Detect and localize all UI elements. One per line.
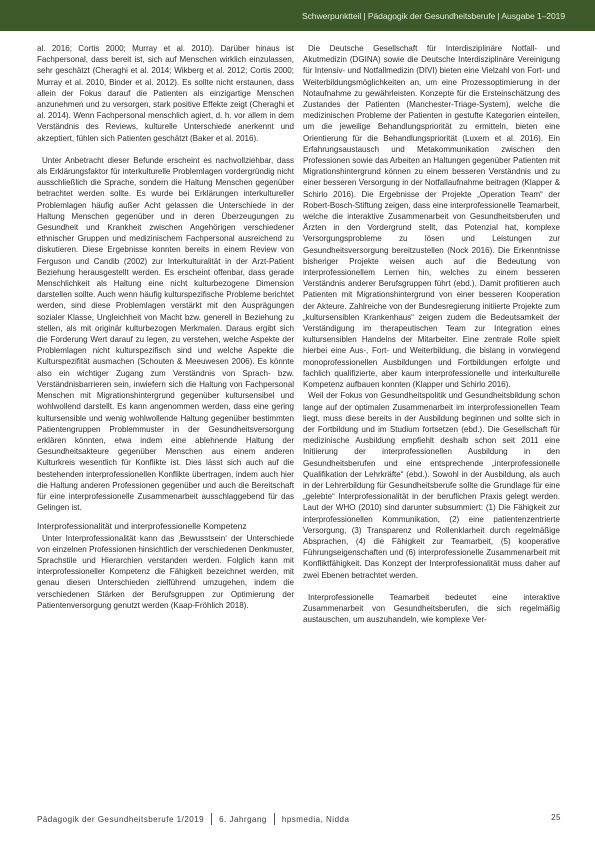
- page-footer: Pädagogik der Gesundheitsberufe 1/20196.…: [37, 813, 561, 825]
- running-title: Schwerpunktteil | Pädagogik der Gesundhe…: [302, 11, 565, 21]
- right-column: Die Deutsche Gesellschaft für Interdiszi…: [303, 43, 560, 625]
- body-paragraph: Unter Anbetracht dieser Befunde erschein…: [37, 155, 294, 514]
- footer-publisher: hpsmedia, Nidda: [282, 815, 350, 824]
- footer-divider: [274, 813, 275, 825]
- body-paragraph: Interprofessionelle Teamarbeit bedeutet …: [303, 592, 560, 626]
- header-bar: Schwerpunktteil | Pädagogik der Gesundhe…: [0, 0, 595, 31]
- body-paragraph: Die Deutsche Gesellschaft für Interdiszi…: [303, 43, 560, 390]
- footer-volume: 6. Jahrgang: [219, 815, 267, 824]
- footer-divider: [211, 813, 212, 825]
- page-number: 25: [551, 813, 561, 822]
- body-paragraph: Weil der Fokus von Gesundheitspolitik un…: [303, 390, 560, 580]
- body-paragraph: al. 2016; Cortis 2000; Murray et al. 201…: [37, 43, 294, 144]
- body-paragraph: Unter Interprofessionalität kann das ‚Be…: [37, 533, 294, 611]
- footer-journal: Pädagogik der Gesundheitsberufe 1/2019: [37, 815, 204, 824]
- section-heading: Interprofessionalität und interprofessio…: [37, 521, 294, 532]
- left-column: al. 2016; Cortis 2000; Murray et al. 201…: [37, 43, 294, 611]
